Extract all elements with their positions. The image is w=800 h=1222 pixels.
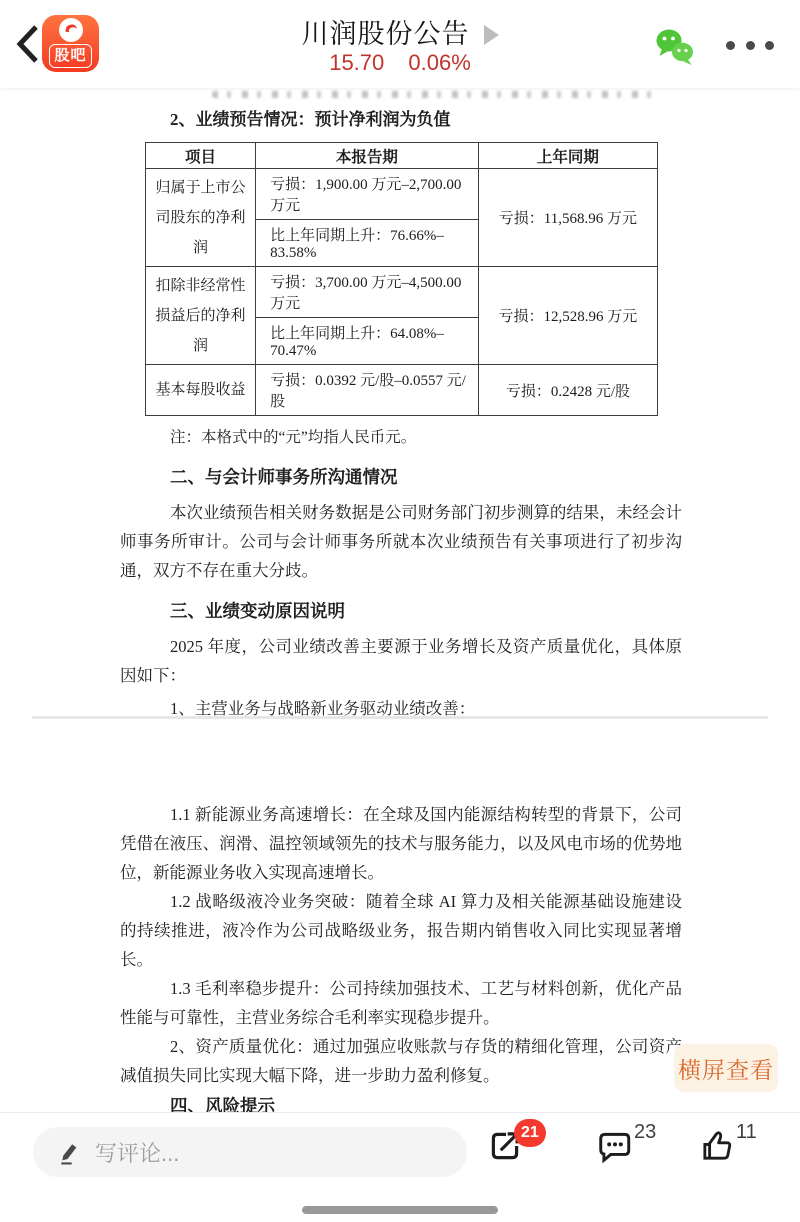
row1-prior: 亏损：11,568.96 万元 <box>478 169 657 267</box>
thumbs-up-icon <box>698 1127 736 1165</box>
table-note: 注：本格式中的“元”均指人民币元。 <box>120 425 682 451</box>
bottom-action-bar: 写评论... 21 23 11 <box>0 1112 800 1222</box>
scrolled-text-blur <box>212 91 658 98</box>
forecast-heading: 2、业绩预告情况：预计净利润为负值 <box>120 106 682 134</box>
row1-item: 归属于上市公司股东的净利润 <box>146 169 256 267</box>
wechat-icon <box>654 26 696 68</box>
row2-prior: 亏损：12,528.96 万元 <box>478 267 657 365</box>
like-count: 11 <box>736 1121 757 1144</box>
header-bar: 股吧 川润股份公告 15.70 0.06% <box>0 0 800 88</box>
home-indicator[interactable] <box>302 1206 498 1214</box>
comment-input[interactable]: 写评论... <box>33 1127 467 1177</box>
row2-current-change: 比上年同期上升：64.08%–70.47% <box>256 318 479 365</box>
col-header-item: 项目 <box>146 143 256 169</box>
comment-count: 23 <box>634 1121 656 1144</box>
row1-current-loss: 亏损：1,900.00 万元–2,700.00 万元 <box>256 169 479 220</box>
share-button[interactable]: 21 <box>486 1127 556 1183</box>
section3-paragraph: 2025 年度，公司业绩改善主要源于业务增长及资产质量优化，具体原因如下： <box>120 632 682 690</box>
row2-current-loss: 亏损：3,700.00 万元–4,500.00 万元 <box>256 267 479 318</box>
comments-button[interactable]: 23 <box>596 1127 666 1183</box>
paragraph-1-1: 1.1 新能源业务高速增长：在全球及国内能源结构转型的背景下，公司凭借在液压、润… <box>120 800 682 887</box>
dot-icon <box>746 41 755 50</box>
comment-placeholder: 写评论... <box>95 1137 179 1168</box>
col-header-prior: 上年同期 <box>478 143 657 169</box>
row3-current-loss: 亏损：0.0392 元/股–0.0557 元/股 <box>256 365 479 416</box>
section3-title: 三、业绩变动原因说明 <box>120 597 682 626</box>
table-header-row: 项目 本报告期 上年同期 <box>146 143 658 169</box>
landscape-view-button[interactable]: 横屏查看 <box>674 1044 778 1092</box>
app-screen: 股吧 川润股份公告 15.70 0.06% 2、 <box>0 0 800 1222</box>
col-header-current: 本报告期 <box>256 143 479 169</box>
dot-icon <box>726 41 735 50</box>
stock-price: 15.70 <box>329 50 384 75</box>
page-break-divider <box>32 716 768 719</box>
document-page-1: 2、业绩预告情况：预计净利润为负值 项目 本报告期 上年同期 归属于上市公司股东… <box>120 100 682 723</box>
dot-icon <box>765 41 774 50</box>
table-row: 扣除非经常性损益后的净利润 亏损：3,700.00 万元–4,500.00 万元… <box>146 267 658 318</box>
table-row: 归属于上市公司股东的净利润 亏损：1,900.00 万元–2,700.00 万元… <box>146 169 658 220</box>
comment-bubble-icon <box>596 1127 634 1165</box>
play-audio-icon[interactable] <box>484 25 499 45</box>
share-badge: 21 <box>514 1119 546 1147</box>
wechat-share-button[interactable] <box>654 26 696 68</box>
row3-prior: 亏损：0.2428 元/股 <box>478 365 657 416</box>
table-row: 基本每股收益 亏损：0.0392 元/股–0.0557 元/股 亏损：0.242… <box>146 365 658 416</box>
paragraph-1-3: 1.3 毛利率稳步提升：公司持续加强技术、工艺与材料创新，优化产品性能与可靠性，… <box>120 974 682 1032</box>
page-title: 川润股份公告 <box>302 12 470 51</box>
row2-item: 扣除非经常性损益后的净利润 <box>146 267 256 365</box>
row1-current-change: 比上年同期上升：76.66%–83.58% <box>256 220 479 267</box>
more-menu-button[interactable] <box>726 38 774 52</box>
forecast-table: 项目 本报告期 上年同期 归属于上市公司股东的净利润 亏损：1,900.00 万… <box>145 142 658 416</box>
like-button[interactable]: 11 <box>698 1127 768 1183</box>
section2-paragraph: 本次业绩预告相关财务数据是公司财务部门初步测算的结果，未经会计师事务所审计。公司… <box>120 498 682 585</box>
paragraph-2: 2、资产质量优化：通过加强应收账款与存货的精细化管理，公司资产减值损失同比实现大… <box>120 1032 682 1090</box>
paragraph-1-2: 1.2 战略级液冷业务突破：随着全球 AI 算力及相关能源基础设施建设的持续推进… <box>120 887 682 974</box>
stock-change-percent: 0.06% <box>408 50 470 75</box>
section2-title: 二、与会计师事务所沟通情况 <box>120 463 682 492</box>
row3-item: 基本每股收益 <box>146 365 256 416</box>
pencil-edit-icon <box>55 1139 80 1165</box>
